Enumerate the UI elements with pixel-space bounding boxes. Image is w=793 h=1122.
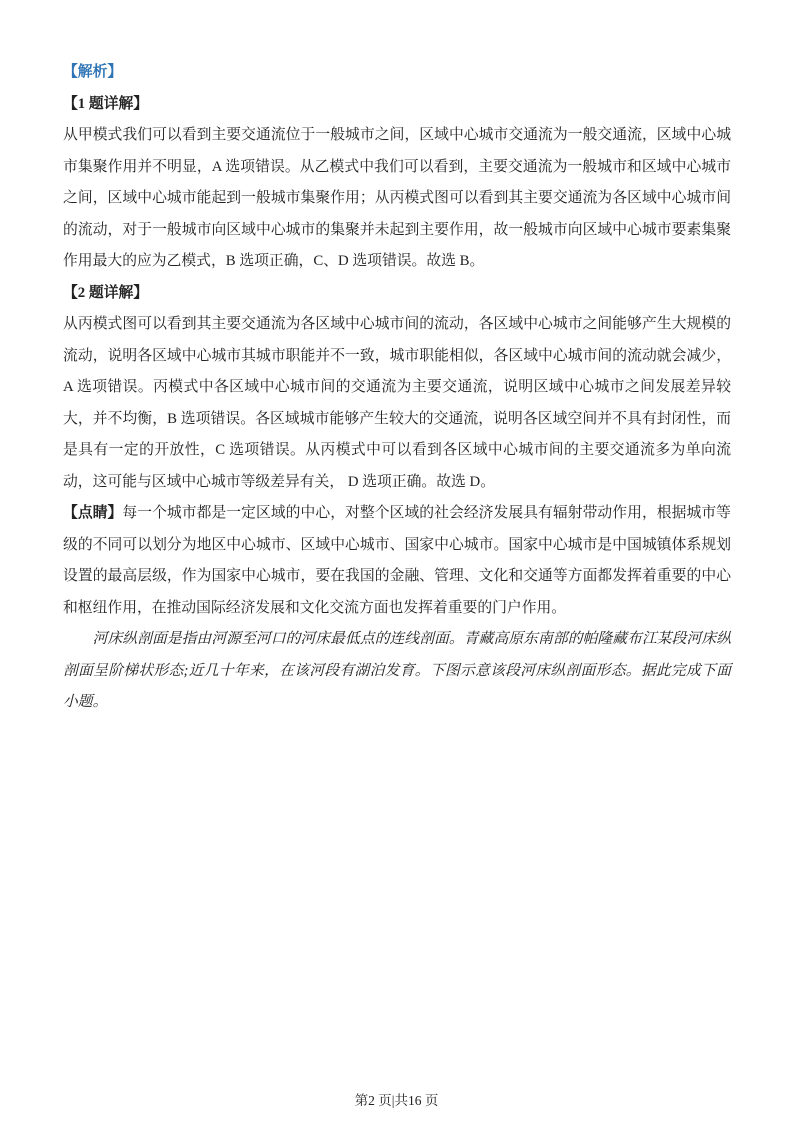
q1-detail-heading: 【1 题详解】 (63, 89, 731, 121)
q1-explanation-paragraph: 从甲模式我们可以看到主要交通流位于一般城市之间，区域中心城市交通流为一般交通流，… (63, 120, 731, 278)
document-page: 【解析】 【1 题详解】 从甲模式我们可以看到主要交通流位于一般城市之间，区域中… (0, 0, 793, 1122)
q2-detail-heading: 【2 题详解】 (63, 278, 731, 310)
material-intro-paragraph: 河床纵剖面是指由河源至河口的河床最低点的连线剖面。青藏高原东南部的帕隆藏布江某段… (63, 624, 731, 719)
document-body: 【解析】 【1 题详解】 从甲模式我们可以看到主要交通流位于一般城市之间，区域中… (63, 57, 731, 719)
analysis-heading: 【解析】 (63, 57, 731, 89)
tip-paragraph: 【点睛】每一个城市都是一定区域的中心，对整个区域的社会经济发展具有辐射带动作用，… (63, 498, 731, 624)
tip-text: 每一个城市都是一定区域的中心，对整个区域的社会经济发展具有辐射带动作用，根据城市… (63, 505, 731, 616)
page-footer: 第2 页|共16 页 (0, 1089, 793, 1109)
tip-label: 【点睛】 (63, 505, 122, 521)
q2-explanation-paragraph: 从丙模式图可以看到其主要交通流为各区域中心城市间的流动，各区域中心城市之间能够产… (63, 309, 731, 498)
page-number-text: 第2 页|共16 页 (355, 1093, 439, 1108)
